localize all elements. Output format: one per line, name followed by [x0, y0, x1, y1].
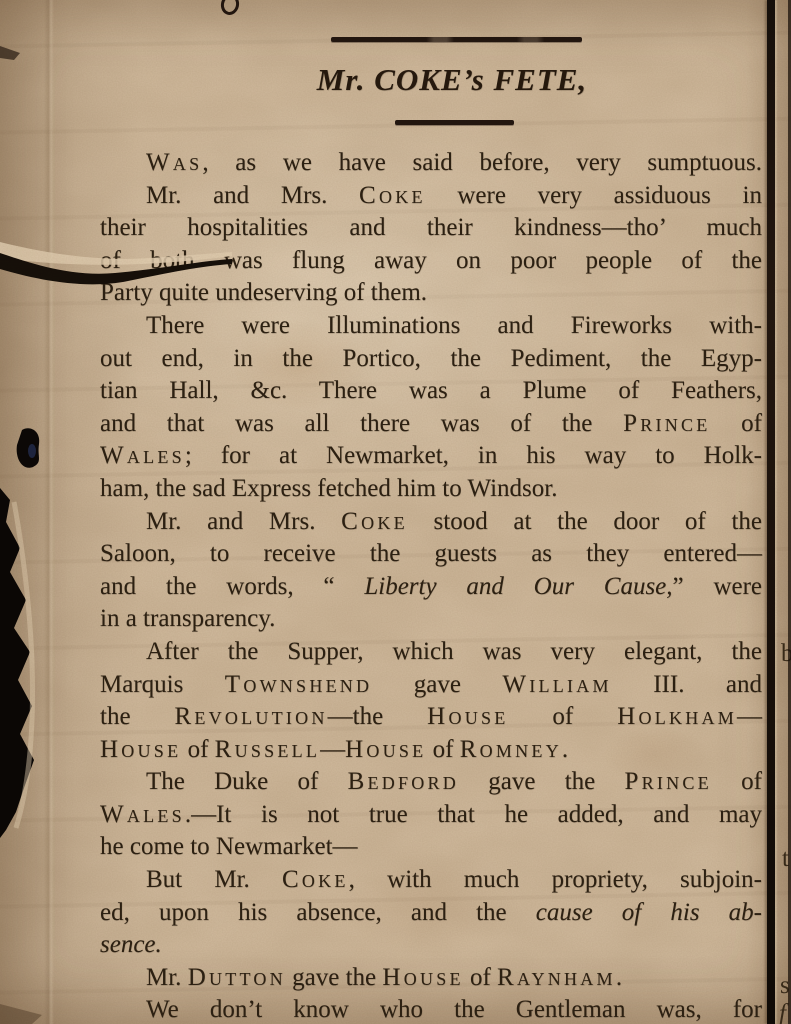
small-caps-name: Coke	[341, 508, 408, 535]
body-text: of	[181, 736, 214, 763]
column-divider-rule	[767, 0, 775, 1024]
small-caps-name: Romney	[460, 736, 562, 763]
body-text: There were Illuminations and Fireworks w…	[146, 312, 762, 339]
body-text: and the words, “	[100, 573, 364, 600]
next-column-letter-fragment: f	[779, 1000, 786, 1024]
article-line: After the Supper, which was very elegant…	[100, 636, 762, 669]
article-body: Was, as we have said before, very sumptu…	[100, 147, 762, 1024]
body-text: Party quite undeserving of them.	[100, 279, 427, 306]
small-caps-name: House	[100, 736, 181, 763]
body-text: ham, the sad Express fetched him to Wind…	[100, 475, 557, 502]
heading-rule-top	[331, 37, 582, 42]
body-text: The Duke of	[146, 768, 348, 795]
article-line: Was, as we have said before, very sumptu…	[100, 147, 762, 180]
article-line: Party quite undeserving of them.	[100, 277, 762, 310]
small-caps-name: Raynham	[497, 964, 616, 991]
small-caps-name: Prince	[625, 768, 712, 795]
article-line: he come to Newmarket—	[100, 831, 762, 864]
body-text: —	[737, 703, 762, 730]
article-line: Wales.—It is not true that he added, and…	[100, 799, 762, 832]
body-text: the	[100, 703, 175, 730]
article-line: in a transparency.	[100, 603, 762, 636]
paper-crease	[44, 0, 54, 1024]
body-text: ” were	[673, 573, 762, 600]
small-caps-name: Wales	[100, 442, 185, 469]
body-text: .	[562, 736, 568, 763]
small-caps-name: Revolution	[175, 703, 328, 730]
small-caps-name: Coke	[282, 866, 349, 893]
article-line: sence.	[100, 929, 762, 962]
article-line: House of Russell—House of Romney.	[100, 734, 762, 767]
article-heading: Mr. COKE’s FETE,	[101, 62, 763, 98]
body-text: —	[320, 736, 345, 763]
body-text: ed, upon his absence, and the	[100, 899, 536, 926]
body-text: Marquis	[100, 671, 225, 698]
small-caps-name: House	[345, 736, 426, 763]
small-caps-name: William	[502, 671, 611, 698]
body-text: of both was flung away on poor people of…	[100, 247, 762, 274]
body-text: But Mr.	[146, 866, 282, 893]
body-text: ; for at Newmarket, in his way to Holk-	[185, 442, 762, 469]
body-text: Saloon, to receive the guests as they en…	[100, 540, 762, 567]
article-line: But Mr. Coke, with much propriety, subjo…	[100, 864, 762, 897]
article-line: tian Hall, &c. There was a Plume of Feat…	[100, 375, 762, 408]
article-line: Saloon, to receive the guests as they en…	[100, 538, 762, 571]
small-caps-name: Townshend	[225, 671, 373, 698]
article-line: Mr. and Mrs. Coke stood at the door of t…	[100, 506, 762, 539]
body-text: of	[710, 410, 762, 437]
body-text: gave	[372, 671, 502, 698]
body-text: .	[616, 964, 622, 991]
body-text: We don’t know who the Gentleman was, for	[146, 996, 762, 1023]
body-text: gave the	[286, 964, 382, 991]
small-caps-name: Coke	[359, 182, 426, 209]
italic-phrase: sence.	[100, 931, 162, 958]
body-text: , as we have said before, very sumptuous…	[202, 149, 762, 176]
body-text: —the	[328, 703, 428, 730]
body-text: of	[508, 703, 617, 730]
small-caps-name: House	[382, 964, 463, 991]
article-line: ed, upon his absence, and the cause of h…	[100, 897, 762, 930]
article-line: out end, in the Portico, the Pediment, t…	[100, 343, 762, 376]
small-caps-name: Prince	[623, 410, 710, 437]
article-line: and that was all there was of the Prince…	[100, 408, 762, 441]
body-text: .—It is not true that he added, and may	[185, 801, 762, 828]
body-text: stood at the door of the	[408, 508, 762, 535]
small-caps-name: Dutton	[188, 964, 286, 991]
newspaper-clipping: Mr. COKE’s FETE, Was, as we have said be…	[0, 0, 791, 1024]
article-line: Marquis Townshend gave William III. and	[100, 669, 762, 702]
small-caps-name: Russell	[215, 736, 320, 763]
body-text: out end, in the Portico, the Pediment, t…	[100, 345, 762, 372]
small-caps-name: Was	[146, 149, 202, 176]
small-caps-name: Bedford	[348, 768, 459, 795]
body-text: of	[712, 768, 762, 795]
small-caps-name: House	[427, 703, 508, 730]
body-text: their hospitalities and their kindness—t…	[100, 214, 762, 241]
partial-letter-fragment	[219, 0, 241, 17]
article-line: Mr. and Mrs. Coke were very assiduous in	[100, 180, 762, 213]
heading-rule-bottom	[395, 120, 514, 125]
italic-phrase: cause of his ab-	[536, 899, 762, 926]
body-text: and that was all there was of the	[100, 410, 623, 437]
body-text: of	[426, 736, 459, 763]
article-line: ham, the sad Express fetched him to Wind…	[100, 473, 762, 506]
article-line: We don’t know who the Gentleman was, for	[100, 994, 762, 1024]
body-text: III. and	[612, 671, 762, 698]
article-line: their hospitalities and their kindness—t…	[100, 212, 762, 245]
article-line: Wales; for at Newmarket, in his way to H…	[100, 440, 762, 473]
body-text: Mr. and Mrs.	[146, 182, 359, 209]
body-text: he come to Newmarket—	[100, 833, 358, 860]
italic-phrase: Liberty and Our Cause,	[364, 573, 672, 600]
small-caps-name: Wales	[100, 801, 185, 828]
article-line: and the words, “ Liberty and Our Cause,”…	[100, 571, 762, 604]
article-line: There were Illuminations and Fireworks w…	[100, 310, 762, 343]
body-text: of	[464, 964, 497, 991]
small-caps-name: Holkham	[617, 703, 737, 730]
body-text: , with much propriety, subjoin-	[349, 866, 762, 893]
article-line: Mr. Dutton gave the House of Raynham.	[100, 962, 762, 995]
article-line: of both was flung away on poor people of…	[100, 245, 762, 278]
article-line: the Revolution—the House of Holkham—	[100, 701, 762, 734]
body-text: Mr.	[146, 964, 188, 991]
body-text: Mr. and Mrs.	[146, 508, 341, 535]
body-text: in a transparency.	[100, 605, 275, 632]
article-line: The Duke of Bedford gave the Prince of	[100, 766, 762, 799]
body-text: gave the	[459, 768, 624, 795]
body-text: After the Supper, which was very elegant…	[146, 638, 762, 665]
body-text: tian Hall, &c. There was a Plume of Feat…	[100, 377, 762, 404]
body-text: were very assiduous in	[426, 182, 762, 209]
